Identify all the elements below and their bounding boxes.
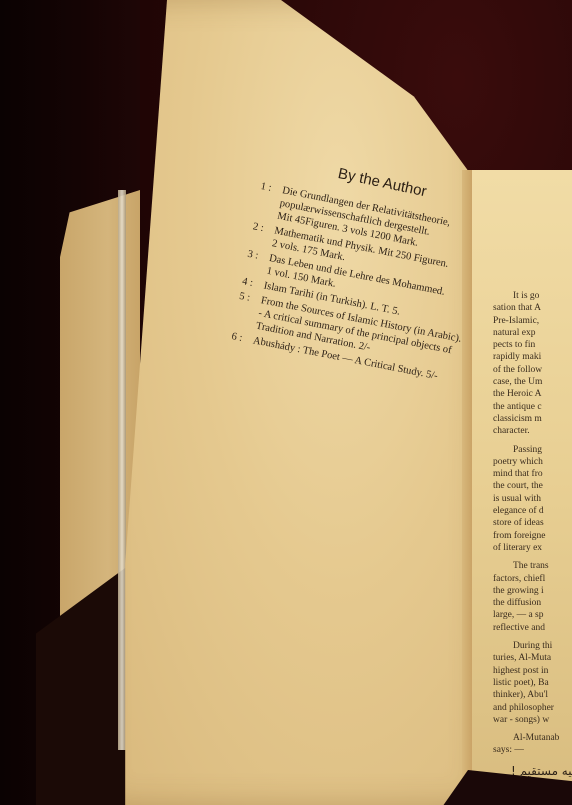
text-line: highest post in xyxy=(493,665,572,677)
text-line: is usual with xyxy=(493,493,572,505)
paragraph: It is go sation that A Pre-Islamic, natu… xyxy=(493,290,572,438)
text-line: mind that fro xyxy=(493,468,572,480)
text-line: store of ideas xyxy=(493,517,572,529)
arabic-verse: عليه مستقيم ! xyxy=(493,765,572,777)
text-line: The trans xyxy=(493,560,572,572)
paragraph: The trans factors, chiefl the growing i … xyxy=(493,560,572,634)
book-photo-scene: By the Author 1 : Die Grundlangen der Re… xyxy=(0,0,572,805)
item-number: 4 : xyxy=(241,275,265,292)
text-line: elegance of d xyxy=(493,505,572,517)
text-line: During thi xyxy=(493,640,572,652)
spine-ridge xyxy=(118,190,126,750)
text-line: Al-Mutanab xyxy=(493,732,572,744)
left-page xyxy=(110,0,490,805)
item-number: 6 : xyxy=(230,330,254,347)
text-line: the growing i xyxy=(493,585,572,597)
text-line: and philosopher xyxy=(493,702,572,714)
text-line: the diffusion xyxy=(493,597,572,609)
paragraph: Al-Mutanab says: — xyxy=(493,732,572,757)
text-line: case, the Um xyxy=(493,376,572,388)
text-line: of the follow xyxy=(493,364,572,376)
text-line: thinker), Abu'l xyxy=(493,689,572,701)
text-line: factors, chiefl xyxy=(493,573,572,585)
text-line: large, — a sp xyxy=(493,609,572,621)
text-line: the court, the xyxy=(493,480,572,492)
text-line: says: — xyxy=(493,744,572,756)
text-line: classicism m xyxy=(493,413,572,425)
right-page-text: It is go sation that A Pre-Islamic, natu… xyxy=(493,290,572,777)
text-line: natural exp xyxy=(493,327,572,339)
text-line: from foreigne xyxy=(493,530,572,542)
text-line: pects to fin xyxy=(493,339,572,351)
text-line: It is go xyxy=(493,290,572,302)
text-line: of literary ex xyxy=(493,542,572,554)
text-line: war - songs) w xyxy=(493,714,572,726)
text-line: reflective and xyxy=(493,622,572,634)
text-line: the antique c xyxy=(493,401,572,413)
text-line: sation that A xyxy=(493,302,572,314)
text-line: rapidly maki xyxy=(493,351,572,363)
text-line: Pre-Islamic, xyxy=(493,315,572,327)
text-line: listic poet), Ba xyxy=(493,677,572,689)
text-line: Passing xyxy=(493,444,572,456)
text-line: turies, Al-Muta xyxy=(493,652,572,664)
text-line: poetry which xyxy=(493,456,572,468)
text-line: character. xyxy=(493,425,572,437)
paragraph: During thi turies, Al-Muta highest post … xyxy=(493,640,572,726)
text-line: the Heroic A xyxy=(493,388,572,400)
paragraph: Passing poetry which mind that fro the c… xyxy=(493,444,572,555)
